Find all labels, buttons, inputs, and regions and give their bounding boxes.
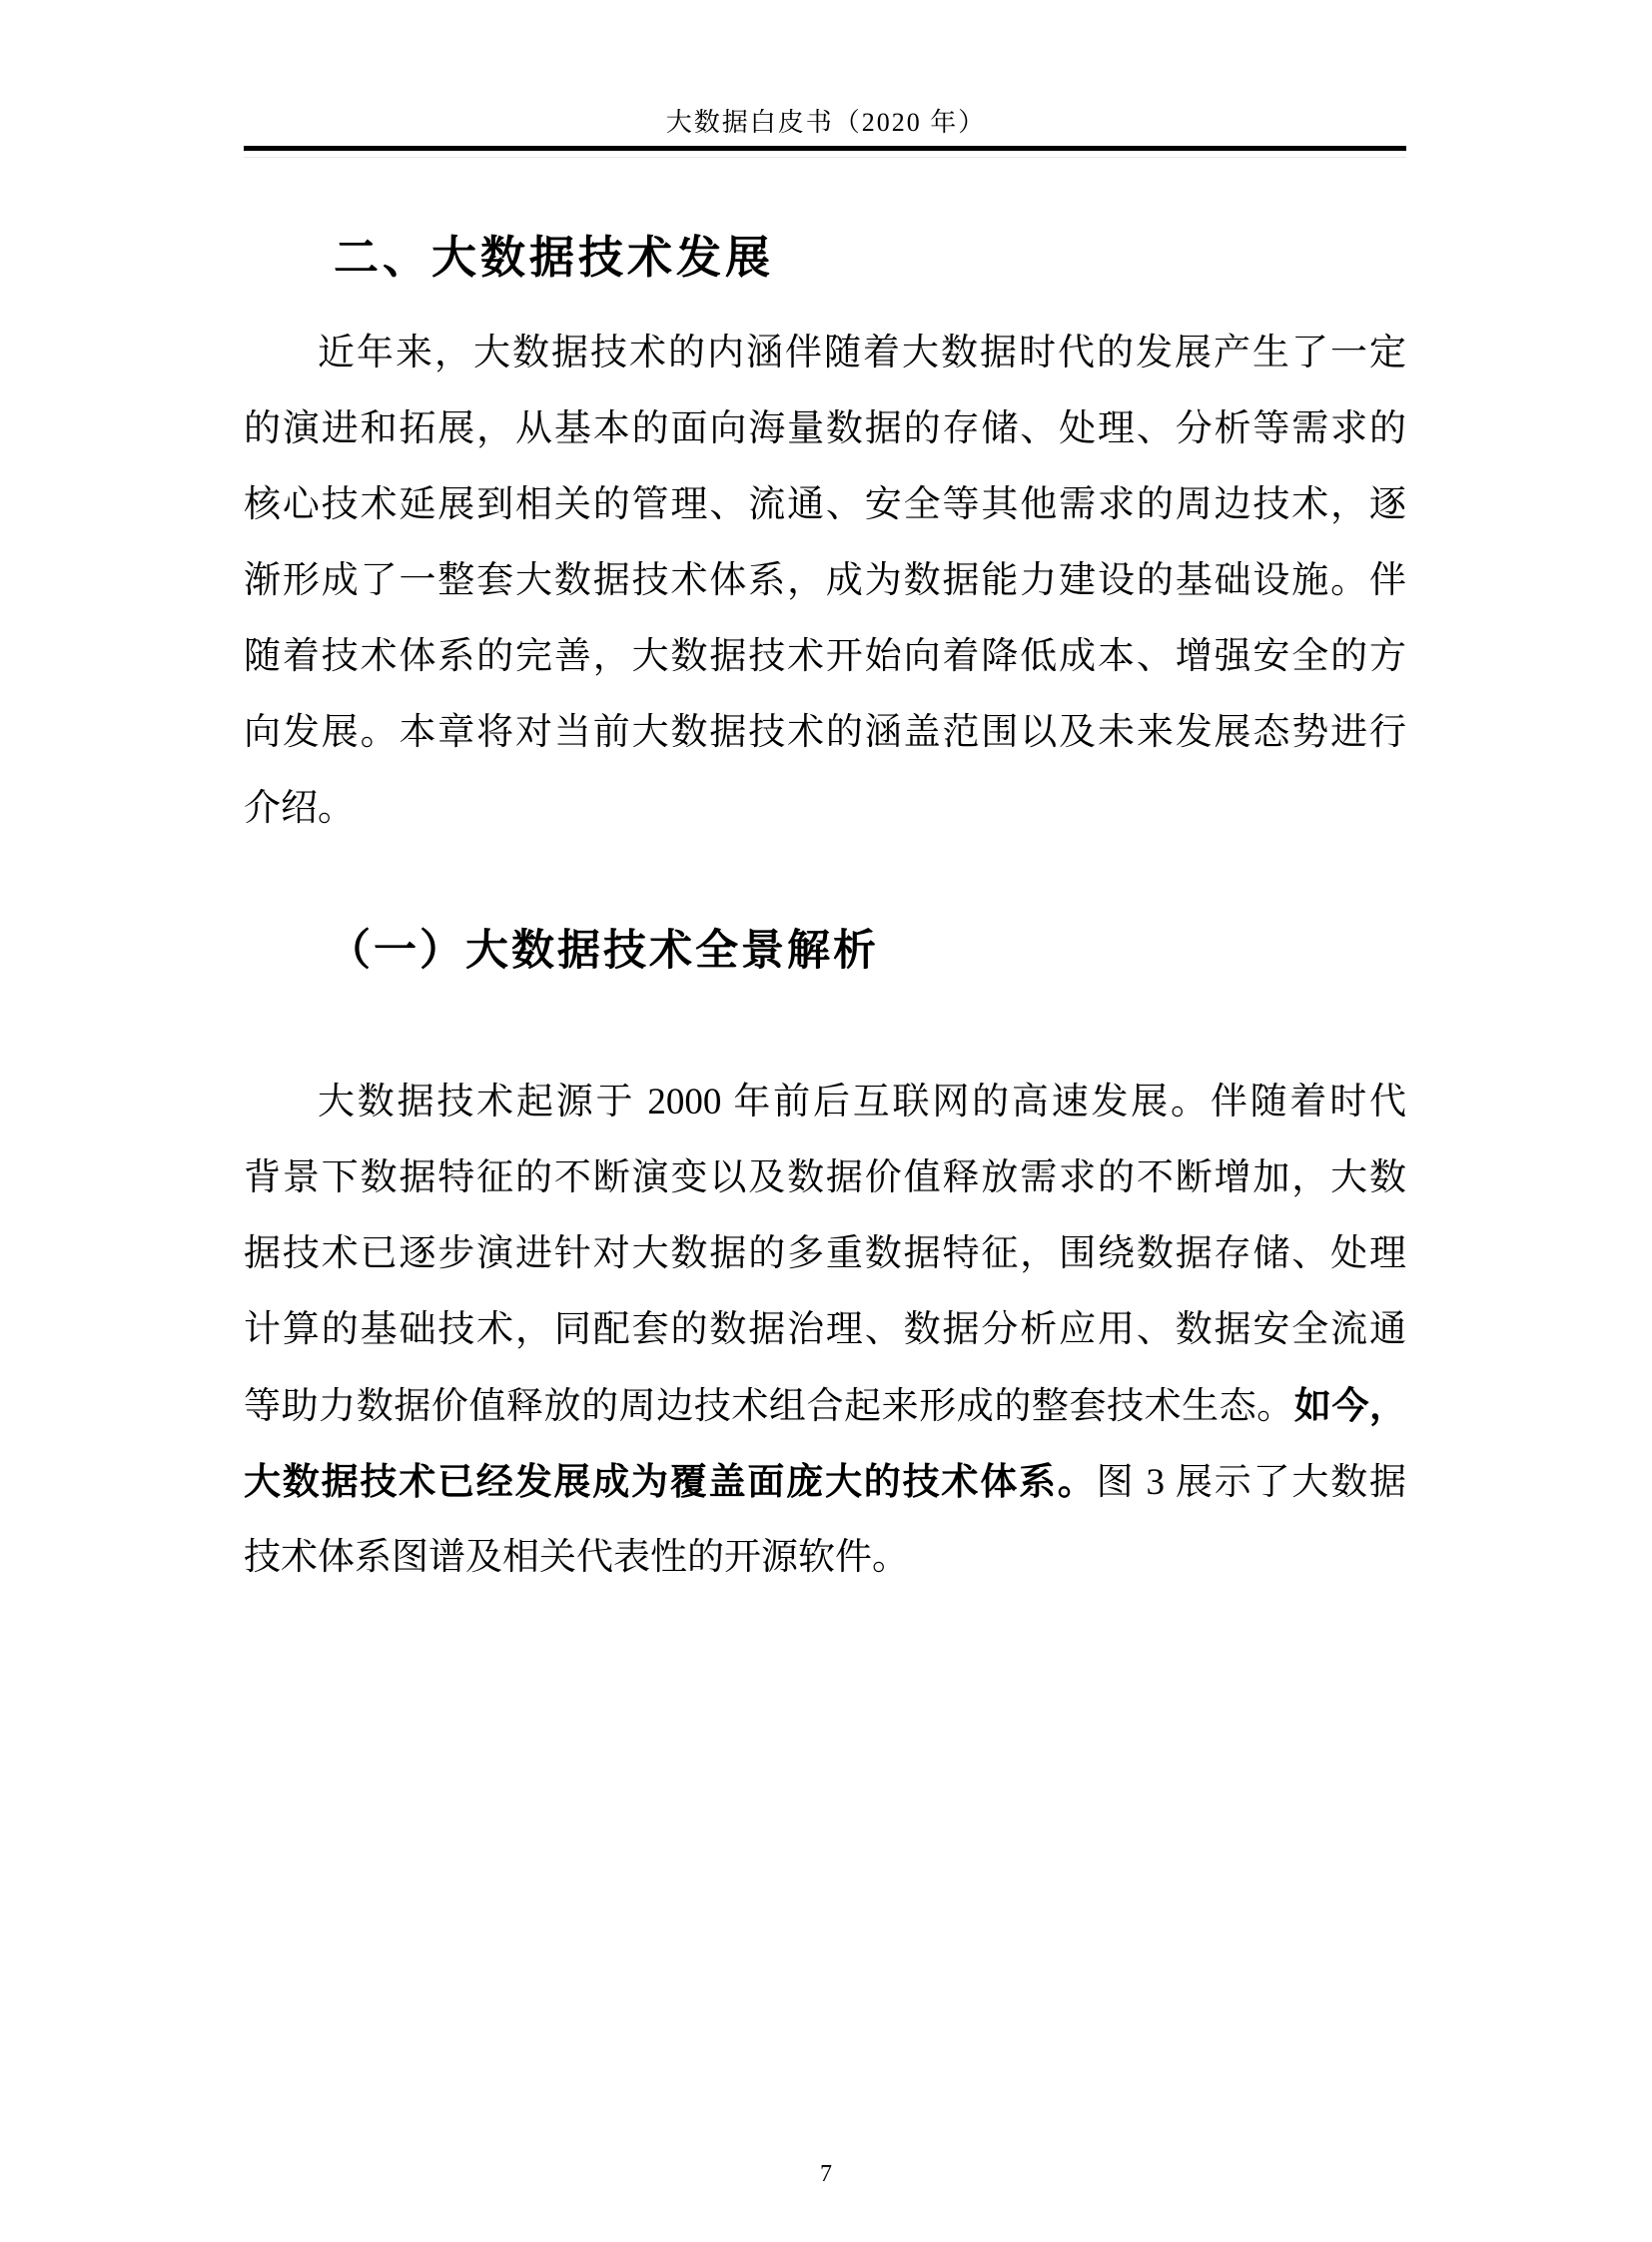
header-rule-shadow-line: [244, 157, 1406, 158]
text-line: 渐形成了一整套大数据技术体系，成为数据能力建设的基础设施。伴: [244, 543, 1406, 619]
paragraph-chapter-intro: 近年来，大数据技术的内涵伴随着大数据时代的发展产生了一定的演进和拓展，从基本的面…: [244, 316, 1406, 847]
section-heading: （一）大数据技术全景解析: [244, 921, 1406, 983]
running-header-title: 大数据白皮书（2020 年）: [666, 108, 987, 137]
header-rule-line: [244, 146, 1406, 151]
text-line: 随着技术体系的完善，大数据技术开始向着降低成本、增强安全的方: [244, 619, 1406, 695]
text-line: 等助力数据价值释放的周边技术组合起来形成的整套技术生态。如今，: [244, 1368, 1406, 1444]
text-line: 向发展。本章将对当前大数据技术的涵盖范围以及未来发展态势进行: [244, 695, 1406, 771]
text-line: 大数据技术起源于 2000 年前后互联网的高速发展。伴随着时代: [244, 1065, 1406, 1140]
text-segment: 技术体系图谱及相关代表性的开源软件。: [244, 1537, 909, 1578]
text-line: 背景下数据特征的不断演变以及数据价值释放需求的不断增加，大数: [244, 1140, 1406, 1216]
text-segment: 大数据技术起源于 2000 年前后互联网的高速发展。伴随着时代: [318, 1082, 1406, 1122]
text-line: 介绍。: [244, 771, 1406, 847]
text-line: 核心技术延展到相关的管理、流通、安全等其他需求的周边技术，逐: [244, 467, 1406, 543]
text-line: 近年来，大数据技术的内涵伴随着大数据时代的发展产生了一定: [244, 316, 1406, 391]
text-segment: 近年来，大数据技术的内涵伴随着大数据时代的发展产生了一定: [318, 333, 1406, 374]
document-page: 大数据白皮书（2020 年） 二、大数据技术发展 近年来，大数据技术的内涵伴随着…: [0, 0, 1652, 2242]
running-header: 大数据白皮书（2020 年）: [0, 106, 1652, 140]
text-segment: 背景下数据特征的不断演变以及数据价值释放需求的不断增加，大数: [244, 1157, 1406, 1198]
text-line: 技术体系图谱及相关代表性的开源软件。: [244, 1520, 1406, 1596]
text-segment: 据技术已逐步演进针对大数据的多重数据特征，围绕数据存储、处理: [244, 1233, 1406, 1274]
text-line: 计算的基础技术，同配套的数据治理、数据分析应用、数据安全流通: [244, 1292, 1406, 1368]
text-segment: 介绍。: [244, 788, 355, 829]
text-line: 据技术已逐步演进针对大数据的多重数据特征，围绕数据存储、处理: [244, 1216, 1406, 1292]
text-segment: 向发展。本章将对当前大数据技术的涵盖范围以及未来发展态势进行: [244, 712, 1406, 753]
text-segment: 计算的基础技术，同配套的数据治理、数据分析应用、数据安全流通: [244, 1309, 1406, 1350]
text-line: 大数据技术已经发展成为覆盖面庞大的技术体系。图 3 展示了大数据: [244, 1444, 1406, 1520]
text-segment: 等助力数据价值释放的周边技术组合起来形成的整套技术生态。: [244, 1386, 1294, 1427]
text-segment: 核心技术延展到相关的管理、流通、安全等其他需求的周边技术，逐: [244, 484, 1406, 525]
bold-text-segment: 大数据技术已经发展成为覆盖面庞大的技术体系。: [244, 1461, 1097, 1502]
page-footer: 7: [0, 2159, 1652, 2189]
bold-text-segment: 如今，: [1294, 1385, 1406, 1426]
page-number: 7: [820, 2161, 832, 2187]
paragraph-section-body: 大数据技术起源于 2000 年前后互联网的高速发展。伴随着时代背景下数据特征的不…: [244, 1065, 1406, 1596]
text-segment: 的演进和拓展，从基本的面向海量数据的存储、处理、分析等需求的: [244, 408, 1406, 449]
chapter-heading: 二、大数据技术发展: [244, 226, 1406, 290]
text-segment: 随着技术体系的完善，大数据技术开始向着降低成本、增强安全的方: [244, 636, 1406, 677]
text-segment: 图 3 展示了大数据: [1097, 1462, 1406, 1503]
text-line: 的演进和拓展，从基本的面向海量数据的存储、处理、分析等需求的: [244, 391, 1406, 467]
text-segment: 渐形成了一整套大数据技术体系，成为数据能力建设的基础设施。伴: [244, 560, 1406, 601]
